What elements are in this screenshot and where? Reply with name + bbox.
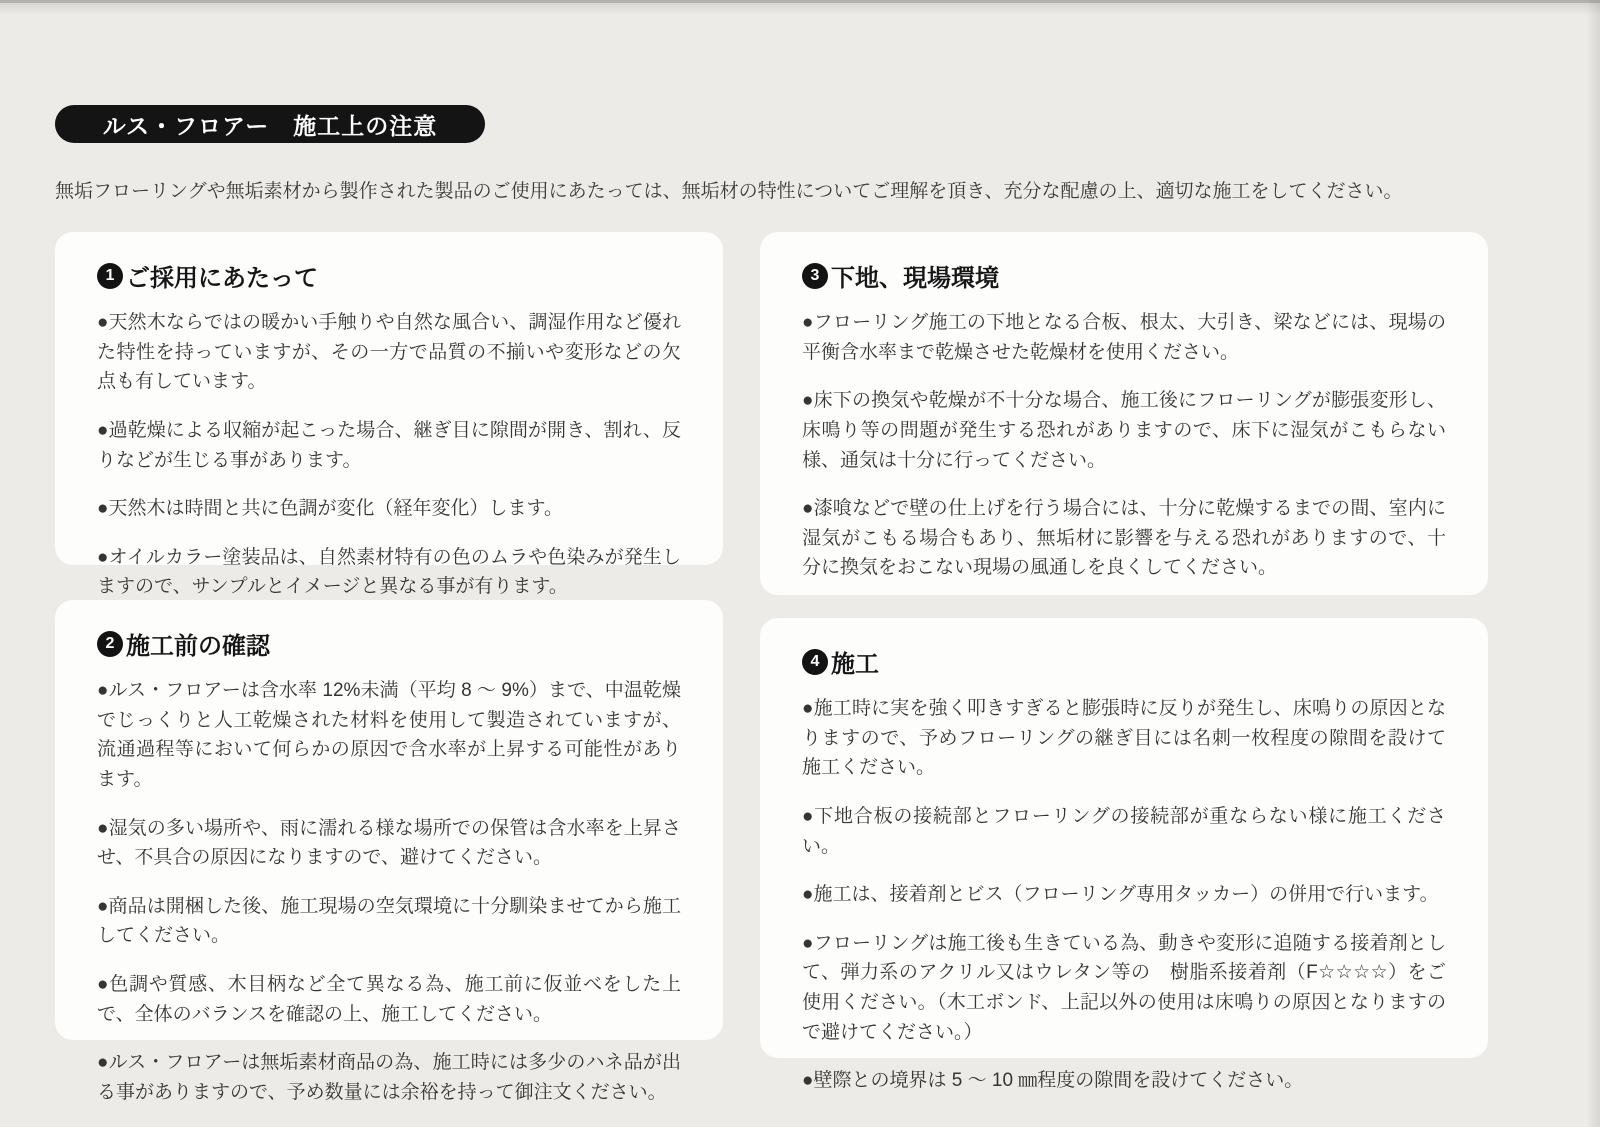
section-card-pre-installation-check: 2 施工前の確認 ●ルス・フロアーは含水率 12%未満（平均 8 〜 9%）まで… [55,600,723,1040]
intro-text: 無垢フローリングや無垢素材から製作された製品のご使用にあたっては、無垢材の特性に… [55,178,1495,207]
circled-number-icon: 2 [97,631,123,657]
circled-number-icon: 3 [802,263,828,289]
bullet-paragraph: ●ルス・フロアーは無垢素材商品の為、施工時には多少のハネ品が出る事がありますので… [97,1048,681,1107]
bullet-paragraph: ●商品は開梱した後、施工現場の空気環境に十分馴染ませてから施工してください。 [97,892,681,951]
bullet-paragraph: ●オイルカラー塗装品は、自然素材特有の色のムラや色染みが発生しますので、サンプル… [97,543,681,602]
bullet-paragraph: ●下地合板の接続部とフローリングの接続部が重ならない様に施工ください。 [802,802,1446,861]
bullet-paragraph: ●天然木は時間と共に色調が変化（経年変化）します。 [97,494,681,524]
bullet-paragraph: ●過乾燥による収縮が起こった場合、継ぎ目に隙間が開き、割れ、反りなどが生じる事が… [97,416,681,475]
section-title-text: 下地、現場環境 [831,258,999,293]
section-title-text: 施工 [831,644,879,679]
section-card-installation: 4 施工 ●施工時に実を強く叩きすぎると膨張時に反りが発生し、床鳴りの原因となり… [760,618,1488,1058]
bullet-paragraph: ●ルス・フロアーは含水率 12%未満（平均 8 〜 9%）まで、中温乾燥でじっく… [97,676,681,795]
bullet-paragraph: ●湿気の多い場所や、雨に濡れる様な場所での保管は含水率を上昇させ、不具合の原因に… [97,814,681,873]
section-title: 3 下地、現場環境 [802,258,1446,293]
bullet-paragraph: ●天然木ならではの暖かい手触りや自然な風合い、調湿作用など優れた特性を持っていま… [97,308,681,397]
page-title: ルス・フロアー 施工上の注意 [103,108,438,141]
bullet-paragraph: ●床下の換気や乾燥が不十分な場合、施工後にフローリングが膨張変形し、床鳴り等の問… [802,386,1446,475]
section-card-subfloor-environment: 3 下地、現場環境 ●フローリング施工の下地となる合板、根太、大引き、梁などには… [760,232,1488,595]
bullet-paragraph: ●漆喰などで壁の仕上げを行う場合には、十分に乾燥するまでの間、室内に湿気がこもる… [802,494,1446,583]
bullet-paragraph: ●施工時に実を強く叩きすぎると膨張時に反りが発生し、床鳴りの原因となりますので、… [802,694,1446,783]
bullet-paragraph: ●色調や質感、木目柄など全て異なる為、施工前に仮並べをした上で、全体のバランスを… [97,970,681,1029]
section-card-adoption: 1 ご採用にあたって ●天然木ならではの暖かい手触りや自然な風合い、調湿作用など… [55,232,723,565]
bullet-paragraph: ●施工は、接着剤とビス（フローリング専用タッカー）の併用で行います。 [802,880,1446,910]
bullet-paragraph: ●フローリングは施工後も生きている為、動きや変形に追随する接着剤として、弾力系の… [802,929,1446,1048]
section-title: 1 ご採用にあたって [97,258,681,293]
section-title-text: ご採用にあたって [126,258,318,293]
bullet-paragraph: ●壁際との境界は 5 〜 10 ㎜程度の隙間を設けてください。 [802,1066,1446,1096]
section-title-text: 施工前の確認 [126,626,270,661]
page-title-pill: ルス・フロアー 施工上の注意 [55,105,485,143]
section-title: 2 施工前の確認 [97,626,681,661]
scan-top-edge [0,0,1600,15]
circled-number-icon: 1 [97,263,123,289]
scan-right-edge [1586,0,1600,1127]
bullet-paragraph: ●フローリング施工の下地となる合板、根太、大引き、梁などには、現場の平衡含水率ま… [802,308,1446,367]
section-title: 4 施工 [802,644,1446,679]
circled-number-icon: 4 [802,649,828,675]
